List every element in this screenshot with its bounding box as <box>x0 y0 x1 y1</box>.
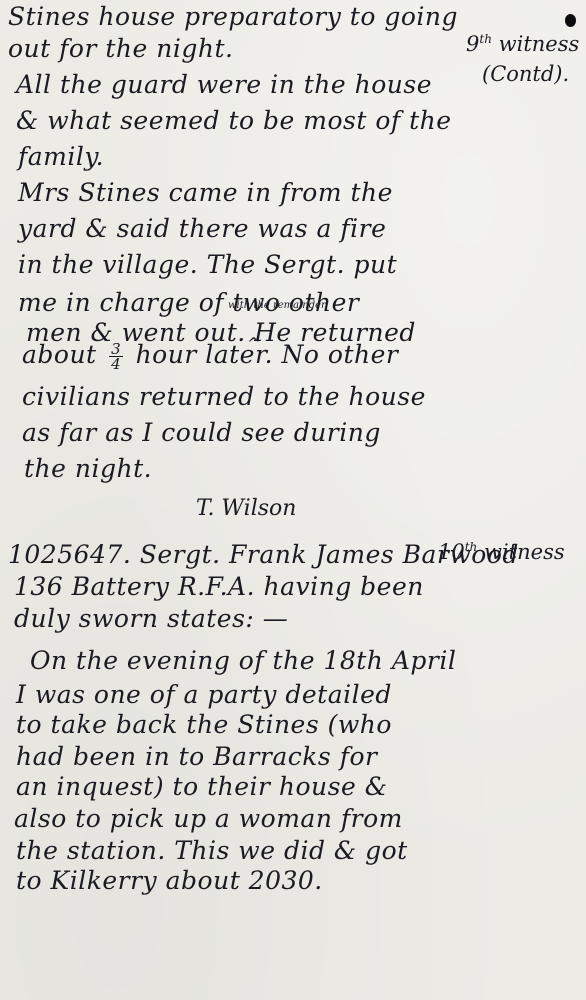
text-line: yard & said there was a fire <box>18 214 386 243</box>
ink-blot <box>565 14 576 27</box>
text-line: I was one of a party detailed <box>16 680 392 709</box>
text-line: out for the night. <box>8 34 233 63</box>
inserted-phrase: with the remainder <box>228 300 326 311</box>
text-line: had been in to Barracks for <box>16 742 377 771</box>
signature: T. Wilson <box>196 496 296 521</box>
text-line: Mrs Stines came in from the <box>18 178 393 207</box>
text-line: the station. This we did & got <box>16 836 408 865</box>
witness-number: 9 <box>466 32 479 56</box>
text-line: Stines house preparatory to going <box>8 2 458 31</box>
margin-note-9th-witness: 9th witness <box>466 32 579 56</box>
margin-note-contd: (Contd). <box>482 62 569 86</box>
statement-header-line: 136 Battery R.F.A. having been <box>14 572 424 601</box>
statement-header-line: duly sworn states: — <box>14 604 288 633</box>
text-line: also to pick up a woman from <box>14 804 403 833</box>
text-line: civilians returned to the house <box>22 382 426 411</box>
text-line: in the village. The Sergt. put <box>18 250 397 279</box>
text-line: about 3 4 hour later. No other <box>22 340 398 371</box>
fraction-three-quarters: 3 4 <box>109 342 123 371</box>
text-line: family. <box>18 142 104 171</box>
ordinal-suffix: th <box>479 32 492 46</box>
manuscript-page: Stines house preparatory to going out fo… <box>0 0 586 1000</box>
text-line: On the evening of the 18th April <box>30 646 456 675</box>
text-line: All the guard were in the house <box>16 70 432 99</box>
text-fragment: about <box>22 340 97 369</box>
text-line: to Kilkerry about 2030. <box>16 866 323 895</box>
text-fragment: hour later. No other <box>136 340 399 369</box>
text-line: as far as I could see during <box>22 418 381 447</box>
text-line: the night. <box>24 454 152 483</box>
fraction-denominator: 4 <box>111 357 121 371</box>
text-line: to take back the Stines (who <box>16 710 392 739</box>
text-line: an inquest) to their house & <box>16 772 387 801</box>
text-line: & what seemed to be most of the <box>16 106 452 135</box>
statement-header-line: 1025647. Sergt. Frank James Barwood <box>8 540 519 569</box>
witness-label: witness <box>499 32 580 56</box>
